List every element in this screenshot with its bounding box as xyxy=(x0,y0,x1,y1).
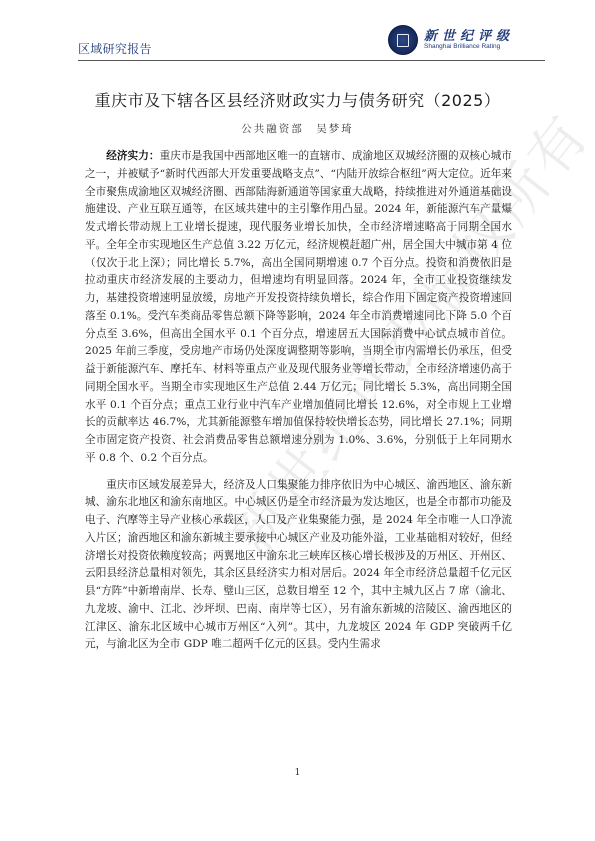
brand-logo: 新世纪评级 Shanghai Brilliance Rating xyxy=(388,24,545,56)
header-divider xyxy=(78,60,545,61)
emblem-logo-icon xyxy=(388,25,418,55)
paragraph-regional-differences: 重庆市区域发展差异大，经济及人口集聚能力排序依旧为中心城区、渝西地区、渝东新城、… xyxy=(85,477,512,655)
page-header: 区域研究报告 新世纪评级 Shanghai Brilliance Rating xyxy=(78,24,545,58)
paragraph-lead: 经济实力： xyxy=(106,150,159,162)
logo-name-cn: 新世纪评级 xyxy=(424,25,514,44)
report-type-label: 区域研究报告 xyxy=(78,40,152,57)
paragraph-economic-strength: 经济实力：重庆市是我国中西部地区唯一的直辖市、成渝地区双城经济圈的双核心城市之一… xyxy=(85,148,512,468)
paragraph-text: 重庆市是我国中西部地区唯一的直辖市、成渝地区双城经济圈的双核心城市之一，并被赋予… xyxy=(85,150,512,464)
document-title: 重庆市及下辖各区县经济财政实力与债务研究（2025） xyxy=(0,88,595,111)
document-body: 经济实力：重庆市是我国中西部地区唯一的直辖市、成渝地区双城经济圈的双核心城市之一… xyxy=(85,148,512,654)
logo-name-en: Shanghai Brilliance Rating xyxy=(424,43,500,50)
paragraph-text: 重庆市区域发展差异大，经济及人口集聚能力排序依旧为中心城区、渝西地区、渝东新城、… xyxy=(85,479,512,651)
page-number: 1 xyxy=(0,768,595,778)
document-author: 公共融资部 吴梦琦 xyxy=(0,121,595,136)
